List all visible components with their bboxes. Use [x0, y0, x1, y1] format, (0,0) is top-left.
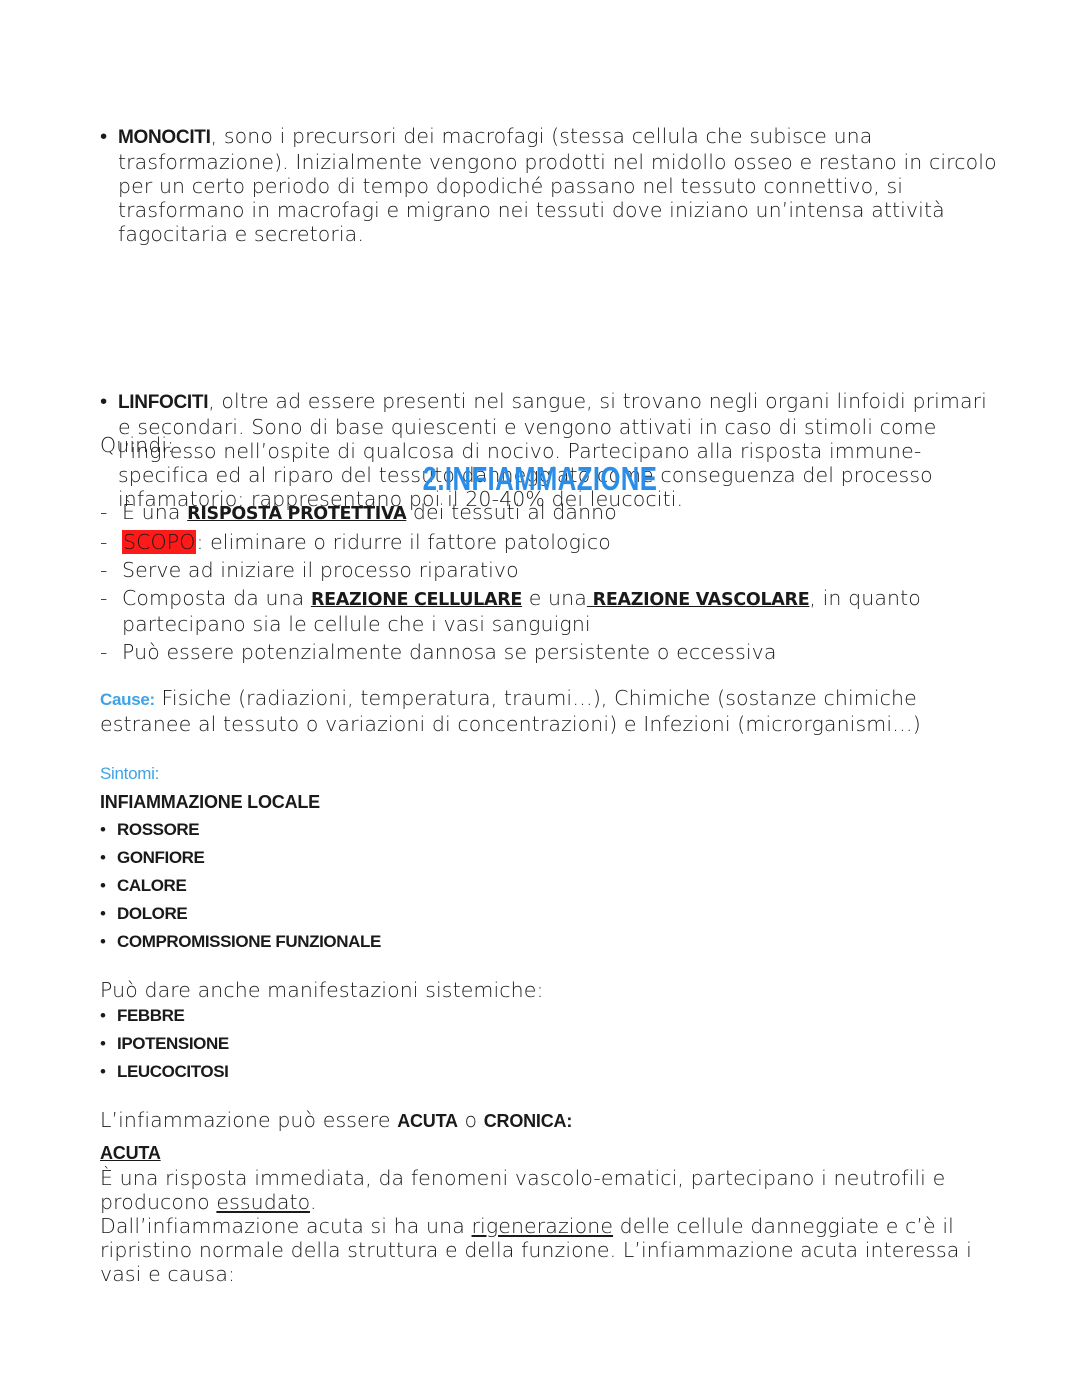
text: Serve ad iniziare il processo riparativo — [122, 558, 519, 582]
definition-item: - Serve ad iniziare il processo riparati… — [100, 558, 980, 582]
bullet-icon: • — [100, 844, 106, 872]
dash-icon: - — [100, 500, 108, 524]
sintomi-section: Sintomi: INFIAMMAZIONE LOCALE •ROSSORE •… — [100, 762, 980, 956]
definition-item: - SCOPO: eliminare o ridurre il fattore … — [100, 530, 980, 554]
cause-text: Fisiche (radiazioni, temperatura, traumi… — [100, 686, 921, 736]
reazione-cellulare-term: REAZIONE CELLULARE — [311, 590, 522, 610]
symptom-item: •COMPROMISSIONE FUNZIONALE — [100, 928, 980, 956]
rigenerazione-term: rigenerazione — [472, 1214, 614, 1238]
local-inflammation-heading: INFIAMMAZIONE LOCALE — [100, 788, 980, 816]
definition-item: - Può essere potenzialmente dannosa se p… — [100, 640, 980, 664]
cronica-term: CRONICA: — [484, 1111, 572, 1131]
text: Composta da una — [122, 586, 311, 610]
bullet-icon: • — [100, 389, 107, 413]
text: . — [310, 1190, 317, 1214]
acuta-heading: ACUTA — [100, 1140, 980, 1166]
systemic-section: Può dare anche manifestazioni sistemiche… — [100, 978, 980, 1086]
monociti-term: MONOCITI — [118, 127, 211, 148]
bullet-icon: • — [100, 900, 106, 928]
text: IPOTENSIONE — [117, 1034, 229, 1053]
text: È una — [122, 500, 187, 524]
systemic-list: •FEBBRE •IPOTENSIONE •LEUCOCITOSI — [100, 1002, 980, 1086]
bullet-icon: • — [100, 1002, 106, 1030]
acuta-paragraph-2: Dall’infiammazione acuta si ha una rigen… — [100, 1214, 980, 1286]
reazione-vascolare-term: REAZIONE VASCOLARE — [587, 590, 809, 610]
dash-icon: - — [100, 586, 108, 610]
essudato-term: essudato — [216, 1190, 310, 1214]
text: ROSSORE — [117, 820, 199, 839]
text: Può essere potenzialmente dannosa se per… — [122, 640, 777, 664]
quindi-text: Quindi: — [100, 433, 980, 457]
definition-item: - È una RISPOSTA PROTETTIVA dei tessuti … — [100, 500, 980, 526]
bullet-icon: • — [100, 816, 106, 844]
symptom-item: •GONFIORE — [100, 844, 980, 872]
systemic-item: •IPOTENSIONE — [100, 1030, 980, 1058]
bullet-icon: • — [100, 1058, 106, 1086]
bullet-icon: • — [100, 872, 106, 900]
dash-icon: - — [100, 640, 108, 664]
cause-paragraph: Cause: Fisiche (radiazioni, temperatura,… — [100, 686, 980, 736]
text: dei tessuti al danno — [406, 500, 617, 524]
bullet-icon: • — [100, 1030, 106, 1058]
symptom-item: •DOLORE — [100, 900, 980, 928]
symptom-item: •CALORE — [100, 872, 980, 900]
text: L’infiammazione può essere — [100, 1108, 397, 1132]
symptom-item: •ROSSORE — [100, 816, 980, 844]
scopo-highlight: SCOPO — [122, 530, 196, 554]
systemic-item: •FEBBRE — [100, 1002, 980, 1030]
bullet-icon: • — [100, 124, 107, 148]
acuta-paragraph-1: È una risposta immediata, da fenomeni va… — [100, 1166, 980, 1214]
section-title: 2.INFIAMMAZIONE — [197, 460, 883, 498]
acuta-term: ACUTA — [397, 1111, 458, 1131]
text: Dall’infiammazione acuta si ha una — [100, 1214, 472, 1238]
dash-icon: - — [100, 558, 108, 582]
text: FEBBRE — [117, 1006, 185, 1025]
acuta-section: ACUTA È una risposta immediata, da fenom… — [100, 1140, 980, 1286]
bullet-icon: • — [100, 928, 106, 956]
types-sentence: L’infiammazione può essere ACUTA o CRONI… — [100, 1108, 980, 1133]
definition-list: - È una RISPOSTA PROTETTIVA dei tessuti … — [100, 500, 980, 668]
text: COMPROMISSIONE FUNZIONALE — [117, 932, 381, 951]
cause-label: Cause: — [100, 690, 155, 709]
text: o — [458, 1108, 484, 1132]
monociti-text: , sono i precursori dei macrofagi (stess… — [118, 124, 997, 246]
text: CALORE — [117, 876, 186, 895]
sintomi-label: Sintomi: — [100, 762, 980, 786]
systemic-item: •LEUCOCITOSI — [100, 1058, 980, 1086]
text: DOLORE — [117, 904, 187, 923]
dash-icon: - — [100, 530, 108, 554]
text: LEUCOCITOSI — [117, 1062, 228, 1081]
text: GONFIORE — [117, 848, 204, 867]
document-page: • MONOCITI, sono i precursori dei macrof… — [100, 0, 980, 244]
text: : eliminare o ridurre il fattore patolog… — [196, 530, 610, 554]
definition-item: - Composta da una REAZIONE CELLULARE e u… — [100, 586, 980, 636]
systemic-intro: Può dare anche manifestazioni sistemiche… — [100, 978, 980, 1002]
monociti-paragraph: • MONOCITI, sono i precursori dei macrof… — [100, 124, 998, 246]
local-symptoms-list: •ROSSORE •GONFIORE •CALORE •DOLORE •COMP… — [100, 816, 980, 956]
text: e una — [522, 586, 587, 610]
linfociti-term: LINFOCITI — [118, 392, 208, 413]
risposta-protettiva-term: RISPOSTA PROTETTIVA — [187, 504, 406, 524]
